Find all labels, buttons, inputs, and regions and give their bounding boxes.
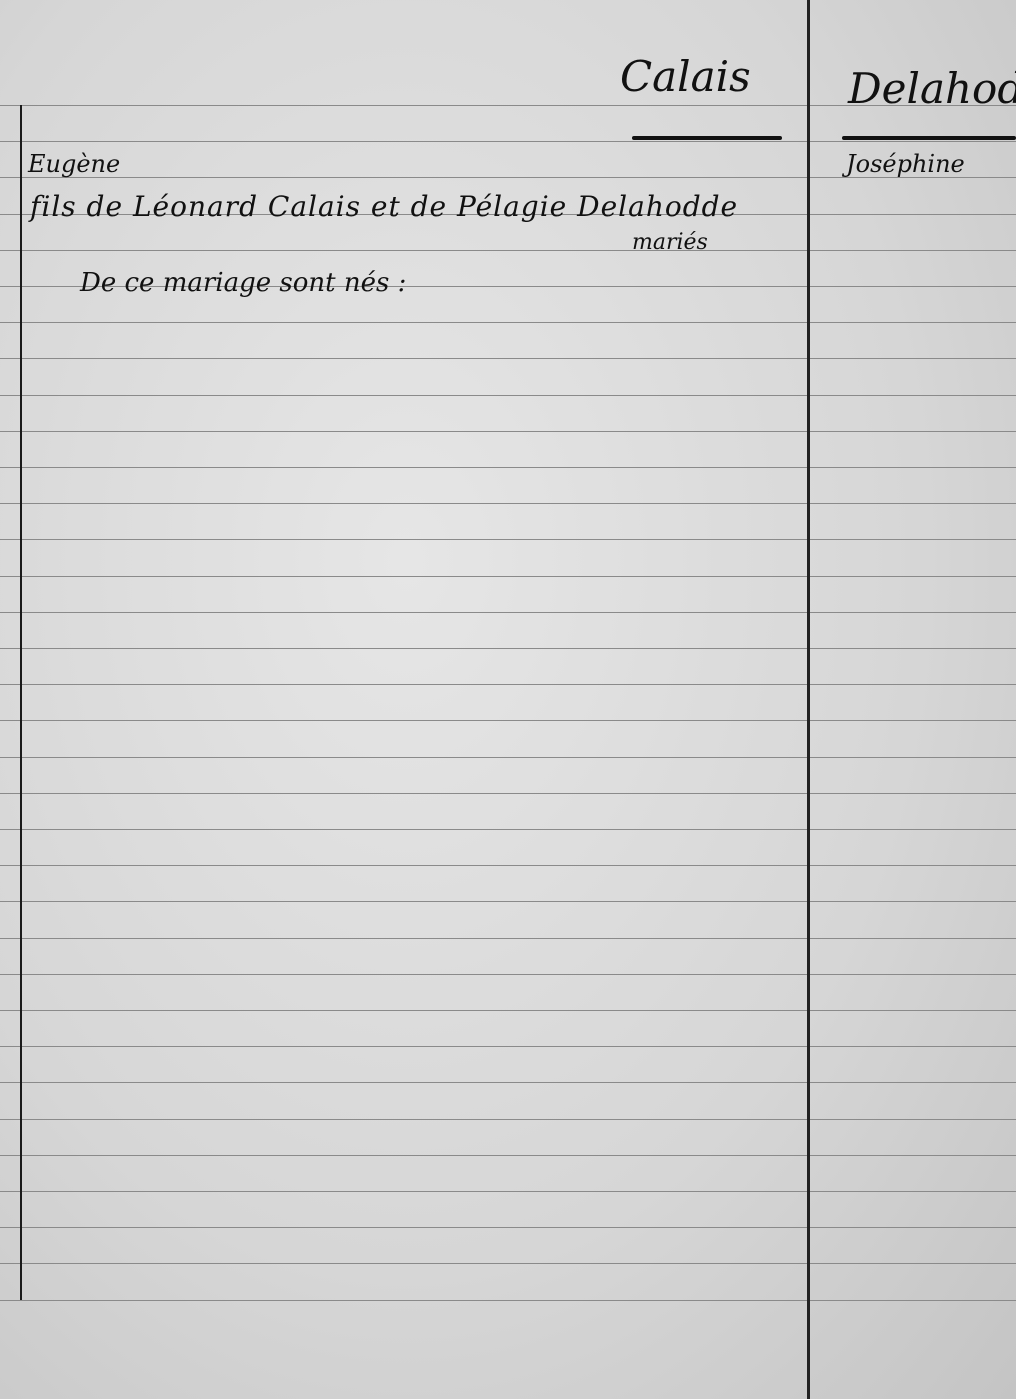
ruled-line [0,1082,1016,1083]
parents-line: fils de Léonard Calais et de Pélagie Del… [30,190,738,223]
left-header-underline [632,136,782,140]
ruled-line [0,1046,1016,1047]
ruled-line [0,1227,1016,1228]
right-given-name: Joséphine [846,150,965,178]
ruled-line [0,829,1016,830]
ruled-line [0,865,1016,866]
left-margin-line [20,105,22,1300]
ruled-line [0,395,1016,396]
ruled-line [0,1300,1016,1301]
ruled-line [0,1010,1016,1011]
ruled-line [0,612,1016,613]
left-header-surname: Calais [620,52,751,101]
ruled-line [0,358,1016,359]
given-name: Eugène [28,150,120,178]
ruled-line [0,576,1016,577]
ruled-line [0,757,1016,758]
ruled-line [0,720,1016,721]
right-header-underline [842,136,1016,140]
children-intro: De ce mariage sont nés : [80,268,406,298]
ruled-line [0,1119,1016,1120]
ruled-line [0,1263,1016,1264]
right-header-surname: Delahodde [848,64,1016,113]
ruled-line [0,901,1016,902]
ruled-line [0,322,1016,323]
ruled-line [0,539,1016,540]
register-page: Calais Delahodde Eugène fils de Léonard … [0,0,1016,1399]
ruled-line [0,648,1016,649]
ruled-line [0,974,1016,975]
ruled-line [0,684,1016,685]
ruled-line [0,467,1016,468]
ruled-line [0,141,1016,142]
ruled-line [0,503,1016,504]
page-divider [807,0,810,1399]
ruled-line [0,1155,1016,1156]
ruled-line [0,431,1016,432]
ruled-line [0,250,1016,251]
ruled-line [0,1191,1016,1192]
ruled-line [0,793,1016,794]
parents-status: mariés [632,230,708,255]
ruled-line [0,938,1016,939]
